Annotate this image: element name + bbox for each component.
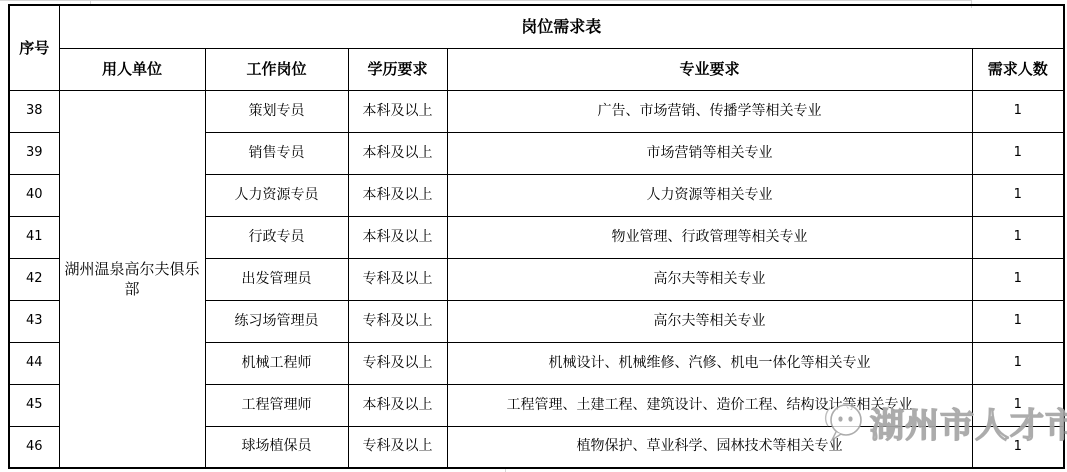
count-cell: 1: [972, 342, 1064, 384]
gridline-artifact: [0, 0, 972, 1]
row-number-cell: 41: [9, 216, 59, 258]
row-number-cell: 46: [9, 426, 59, 468]
table-row: 38 湖州温泉高尔夫俱乐部 策划专员 本科及以上 广告、市场营销、传播学等相关专…: [9, 90, 1064, 132]
position-cell: 策划专员: [205, 90, 348, 132]
count-cell: 1: [972, 426, 1064, 468]
row-number-cell: 43: [9, 300, 59, 342]
count-cell: 1: [972, 258, 1064, 300]
major-cell: 广告、市场营销、传播学等相关专业: [447, 90, 972, 132]
education-cell: 专科及以上: [348, 342, 447, 384]
major-cell: 市场营销等相关专业: [447, 132, 972, 174]
major-cell: 工程管理、土建工程、建筑设计、造价工程、结构设计等相关专业: [447, 384, 972, 426]
education-cell: 本科及以上: [348, 384, 447, 426]
education-cell: 本科及以上: [348, 216, 447, 258]
count-cell: 1: [972, 384, 1064, 426]
position-cell: 人力资源专员: [205, 174, 348, 216]
count-cell: 1: [972, 132, 1064, 174]
col-header-count: 需求人数: [972, 48, 1064, 90]
count-cell: 1: [972, 300, 1064, 342]
major-cell: 高尔夫等相关专业: [447, 258, 972, 300]
position-cell: 练习场管理员: [205, 300, 348, 342]
col-header-position: 工作岗位: [205, 48, 348, 90]
col-header-education: 学历要求: [348, 48, 447, 90]
major-cell: 机械设计、机械维修、汽修、机电一体化等相关专业: [447, 342, 972, 384]
education-cell: 本科及以上: [348, 174, 447, 216]
row-number-cell: 39: [9, 132, 59, 174]
position-cell: 球场植保员: [205, 426, 348, 468]
major-cell: 人力资源等相关专业: [447, 174, 972, 216]
row-number-cell: 42: [9, 258, 59, 300]
education-cell: 本科及以上: [348, 132, 447, 174]
count-cell: 1: [972, 216, 1064, 258]
position-cell: 出发管理员: [205, 258, 348, 300]
employer-cell: 湖州温泉高尔夫俱乐部: [59, 90, 205, 468]
row-number-cell: 45: [9, 384, 59, 426]
col-header-no: 序号: [9, 5, 59, 90]
job-demand-table: 序号 岗位需求表 用人单位 工作岗位 学历要求 专业要求 需求人数 38 湖州温…: [8, 4, 1065, 469]
major-cell: 植物保护、草业科学、园林技术等相关专业: [447, 426, 972, 468]
position-cell: 工程管理师: [205, 384, 348, 426]
major-cell: 高尔夫等相关专业: [447, 300, 972, 342]
row-number-cell: 40: [9, 174, 59, 216]
position-cell: 销售专员: [205, 132, 348, 174]
row-number-cell: 38: [9, 90, 59, 132]
education-cell: 专科及以上: [348, 258, 447, 300]
page: 序号 岗位需求表 用人单位 工作岗位 学历要求 专业要求 需求人数 38 湖州温…: [0, 0, 1067, 472]
major-cell: 物业管理、行政管理等相关专业: [447, 216, 972, 258]
col-header-major: 专业要求: [447, 48, 972, 90]
education-cell: 专科及以上: [348, 300, 447, 342]
col-header-employer: 用人单位: [59, 48, 205, 90]
education-cell: 专科及以上: [348, 426, 447, 468]
position-cell: 机械工程师: [205, 342, 348, 384]
education-cell: 本科及以上: [348, 90, 447, 132]
row-number-cell: 44: [9, 342, 59, 384]
count-cell: 1: [972, 174, 1064, 216]
position-cell: 行政专员: [205, 216, 348, 258]
count-cell: 1: [972, 90, 1064, 132]
table-title: 岗位需求表: [59, 5, 1064, 48]
